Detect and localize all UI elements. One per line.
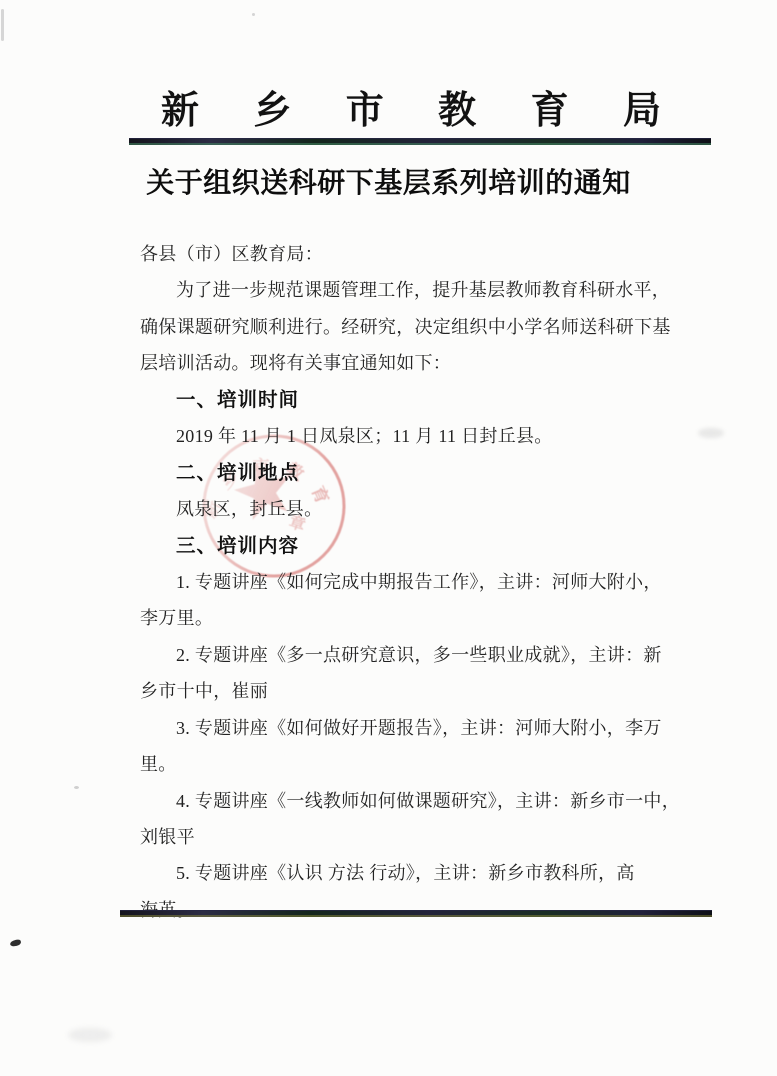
org-name-char: 育 — [531, 90, 569, 134]
document-line: 乡市十中，崔丽 — [140, 673, 685, 709]
org-name-char: 市 — [346, 90, 384, 134]
document-line: 李万里。 — [140, 600, 685, 636]
scanned-notice-page: 新乡市教育局 关于组织送科研下基层系列培训的通知 新乡市教育局 章 各县（市）区… — [0, 0, 777, 1076]
document-line: 3. 专题讲座《如何做好开题报告》，主讲：河师大附小，李万 — [140, 710, 685, 746]
document-line: 一、培训时间 — [140, 382, 685, 418]
scan-artifact-smudge — [698, 428, 724, 438]
document-line: 5. 专题讲座《认识 方法 行动》，主讲：新乡市教科所，高 — [140, 855, 685, 891]
document-line: 层培训活动。现将有关事宜通知如下： — [140, 345, 685, 381]
org-name-char: 局 — [623, 90, 661, 134]
scan-artifact-smudge — [68, 1028, 112, 1042]
org-name-char: 新 — [161, 90, 199, 134]
footer-rule — [120, 910, 712, 917]
org-name-header: 新乡市教育局 — [161, 90, 661, 134]
document-line: 各县（市）区教育局： — [140, 236, 685, 272]
document-line: 4. 专题讲座《一线教师如何做课题研究》，主讲：新乡市一中， — [140, 783, 685, 819]
org-name-char: 乡 — [253, 90, 291, 134]
document-line: 为了进一步规范课题管理工作，提升基层教师教育科研水平， — [140, 272, 685, 308]
document-body: 各县（市）区教育局：为了进一步规范课题管理工作，提升基层教师教育科研水平，确保课… — [140, 236, 685, 928]
header-rule — [129, 138, 711, 145]
scan-artifact-edge-line — [1, 9, 4, 41]
document-line: 1. 专题讲座《如何完成中期报告工作》，主讲：河师大附小， — [140, 564, 685, 600]
document-line: 刘银平 — [140, 819, 685, 855]
org-name-char: 教 — [438, 90, 476, 134]
document-line: 确保课题研究顺利进行。经研究，决定组织中小学名师送科研下基 — [140, 309, 685, 345]
scan-artifact-dot — [252, 13, 255, 16]
document-title: 关于组织送科研下基层系列培训的通知 — [0, 166, 777, 200]
scan-artifact-speck — [74, 786, 79, 789]
document-line: 三、培训内容 — [140, 528, 685, 564]
scan-artifact-dark-speck — [9, 939, 21, 947]
document-line: 凤泉区，封丘县。 — [140, 491, 685, 527]
document-line: 2019 年 11 月 1 日凤泉区；11 月 11 日封丘县。 — [140, 418, 685, 454]
document-line: 二、培训地点 — [140, 455, 685, 491]
document-line: 2. 专题讲座《多一点研究意识，多一些职业成就》，主讲：新 — [140, 637, 685, 673]
document-line: 里。 — [140, 746, 685, 782]
